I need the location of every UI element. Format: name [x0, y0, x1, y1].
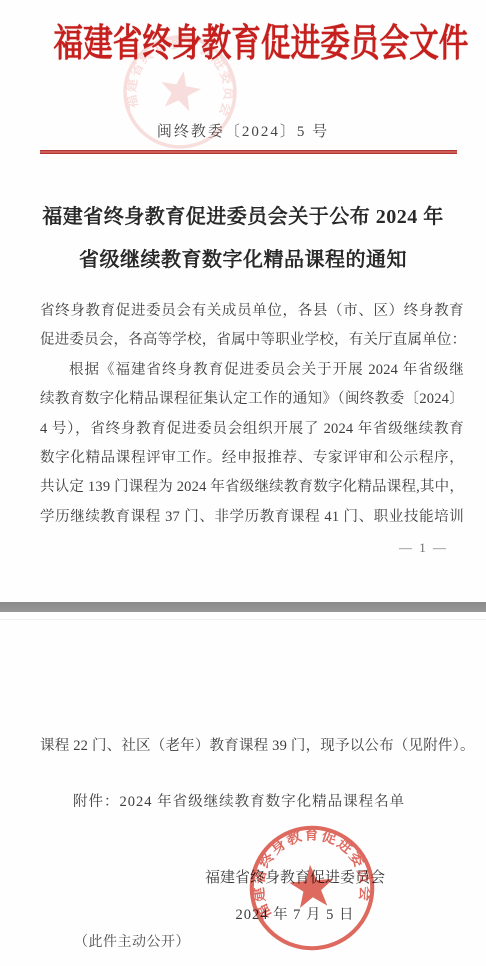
body-line: 根据《福建省终身教育促进委员会关于开展 2024 年省级继: [40, 356, 464, 385]
issue-date: 2024 年 7 月 5 日: [204, 903, 386, 924]
body-line: 省终身教育促进委员会有关成员单位，各县（市、区）终身教育: [40, 297, 464, 326]
body-line: 数字化精品课程评审工作。经申报推荐、专家评审和公示程序，: [40, 444, 464, 473]
body-line: 4 号），省终身教育促进委员会组织开展了 2024 年省级继续教育: [40, 415, 464, 444]
body-text-page1: 省终身教育促进委员会有关成员单位，各县（市、区）终身教育 促进委员会，各高等学校…: [40, 297, 464, 532]
attachment-line: 附件：2024 年省级继续教育数字化精品课程名单: [73, 790, 405, 811]
signature-block: 福建省终身教育促进委员会 2024 年 7 月 5 日: [204, 868, 386, 924]
body-line: 学历继续教育课程 37 门、非学历教育课程 41 门、职业技能培训: [40, 503, 464, 532]
page-1: 福建省终身教育促进委员会 福建省终身教育促进委员会文件 闽终教委〔2024〕5 …: [0, 0, 486, 602]
document-number: 闽终教委〔2024〕5 号: [0, 120, 486, 141]
document-title-line1: 福建省终身教育促进委员会关于公布 2024 年: [30, 196, 456, 239]
document-title: 福建省终身教育促进委员会关于公布 2024 年 省级继续教育数字化精品课程的通知: [30, 196, 456, 282]
issuing-authority: 福建省终身教育促进委员会: [204, 868, 386, 888]
body-line: 促进委员会，各高等学校，省属中等职业学校，有关厅直属单位：: [40, 326, 464, 355]
red-divider-line: [40, 150, 457, 154]
page-top-edge: [0, 619, 486, 620]
page-number: — 1 —: [399, 540, 448, 556]
document-viewer: 福建省终身教育促进委员会 福建省终身教育促进委员会文件 闽终教委〔2024〕5 …: [0, 0, 486, 966]
body-line: 共认定 139 门课程为 2024 年省级继续教育数字化精品课程,其中，: [40, 473, 464, 502]
page-2: 课程 22 门、社区（老年）教育课程 39 门，现予以公布（见附件）。 附件：2…: [0, 612, 486, 966]
page-separator: [0, 602, 486, 612]
disclosure-note: （此件主动公开）: [74, 931, 190, 951]
document-title-line2: 省级继续教育数字化精品课程的通知: [30, 239, 456, 282]
body-line: 续教育数字化精品课程征集认定工作的通知》（闽终教委〔2024〕: [40, 385, 464, 414]
document-header-banner: 福建省终身教育促进委员会文件: [53, 12, 432, 67]
body-text-page2: 课程 22 门、社区（老年）教育课程 39 门，现予以公布（见附件）。: [40, 735, 464, 757]
